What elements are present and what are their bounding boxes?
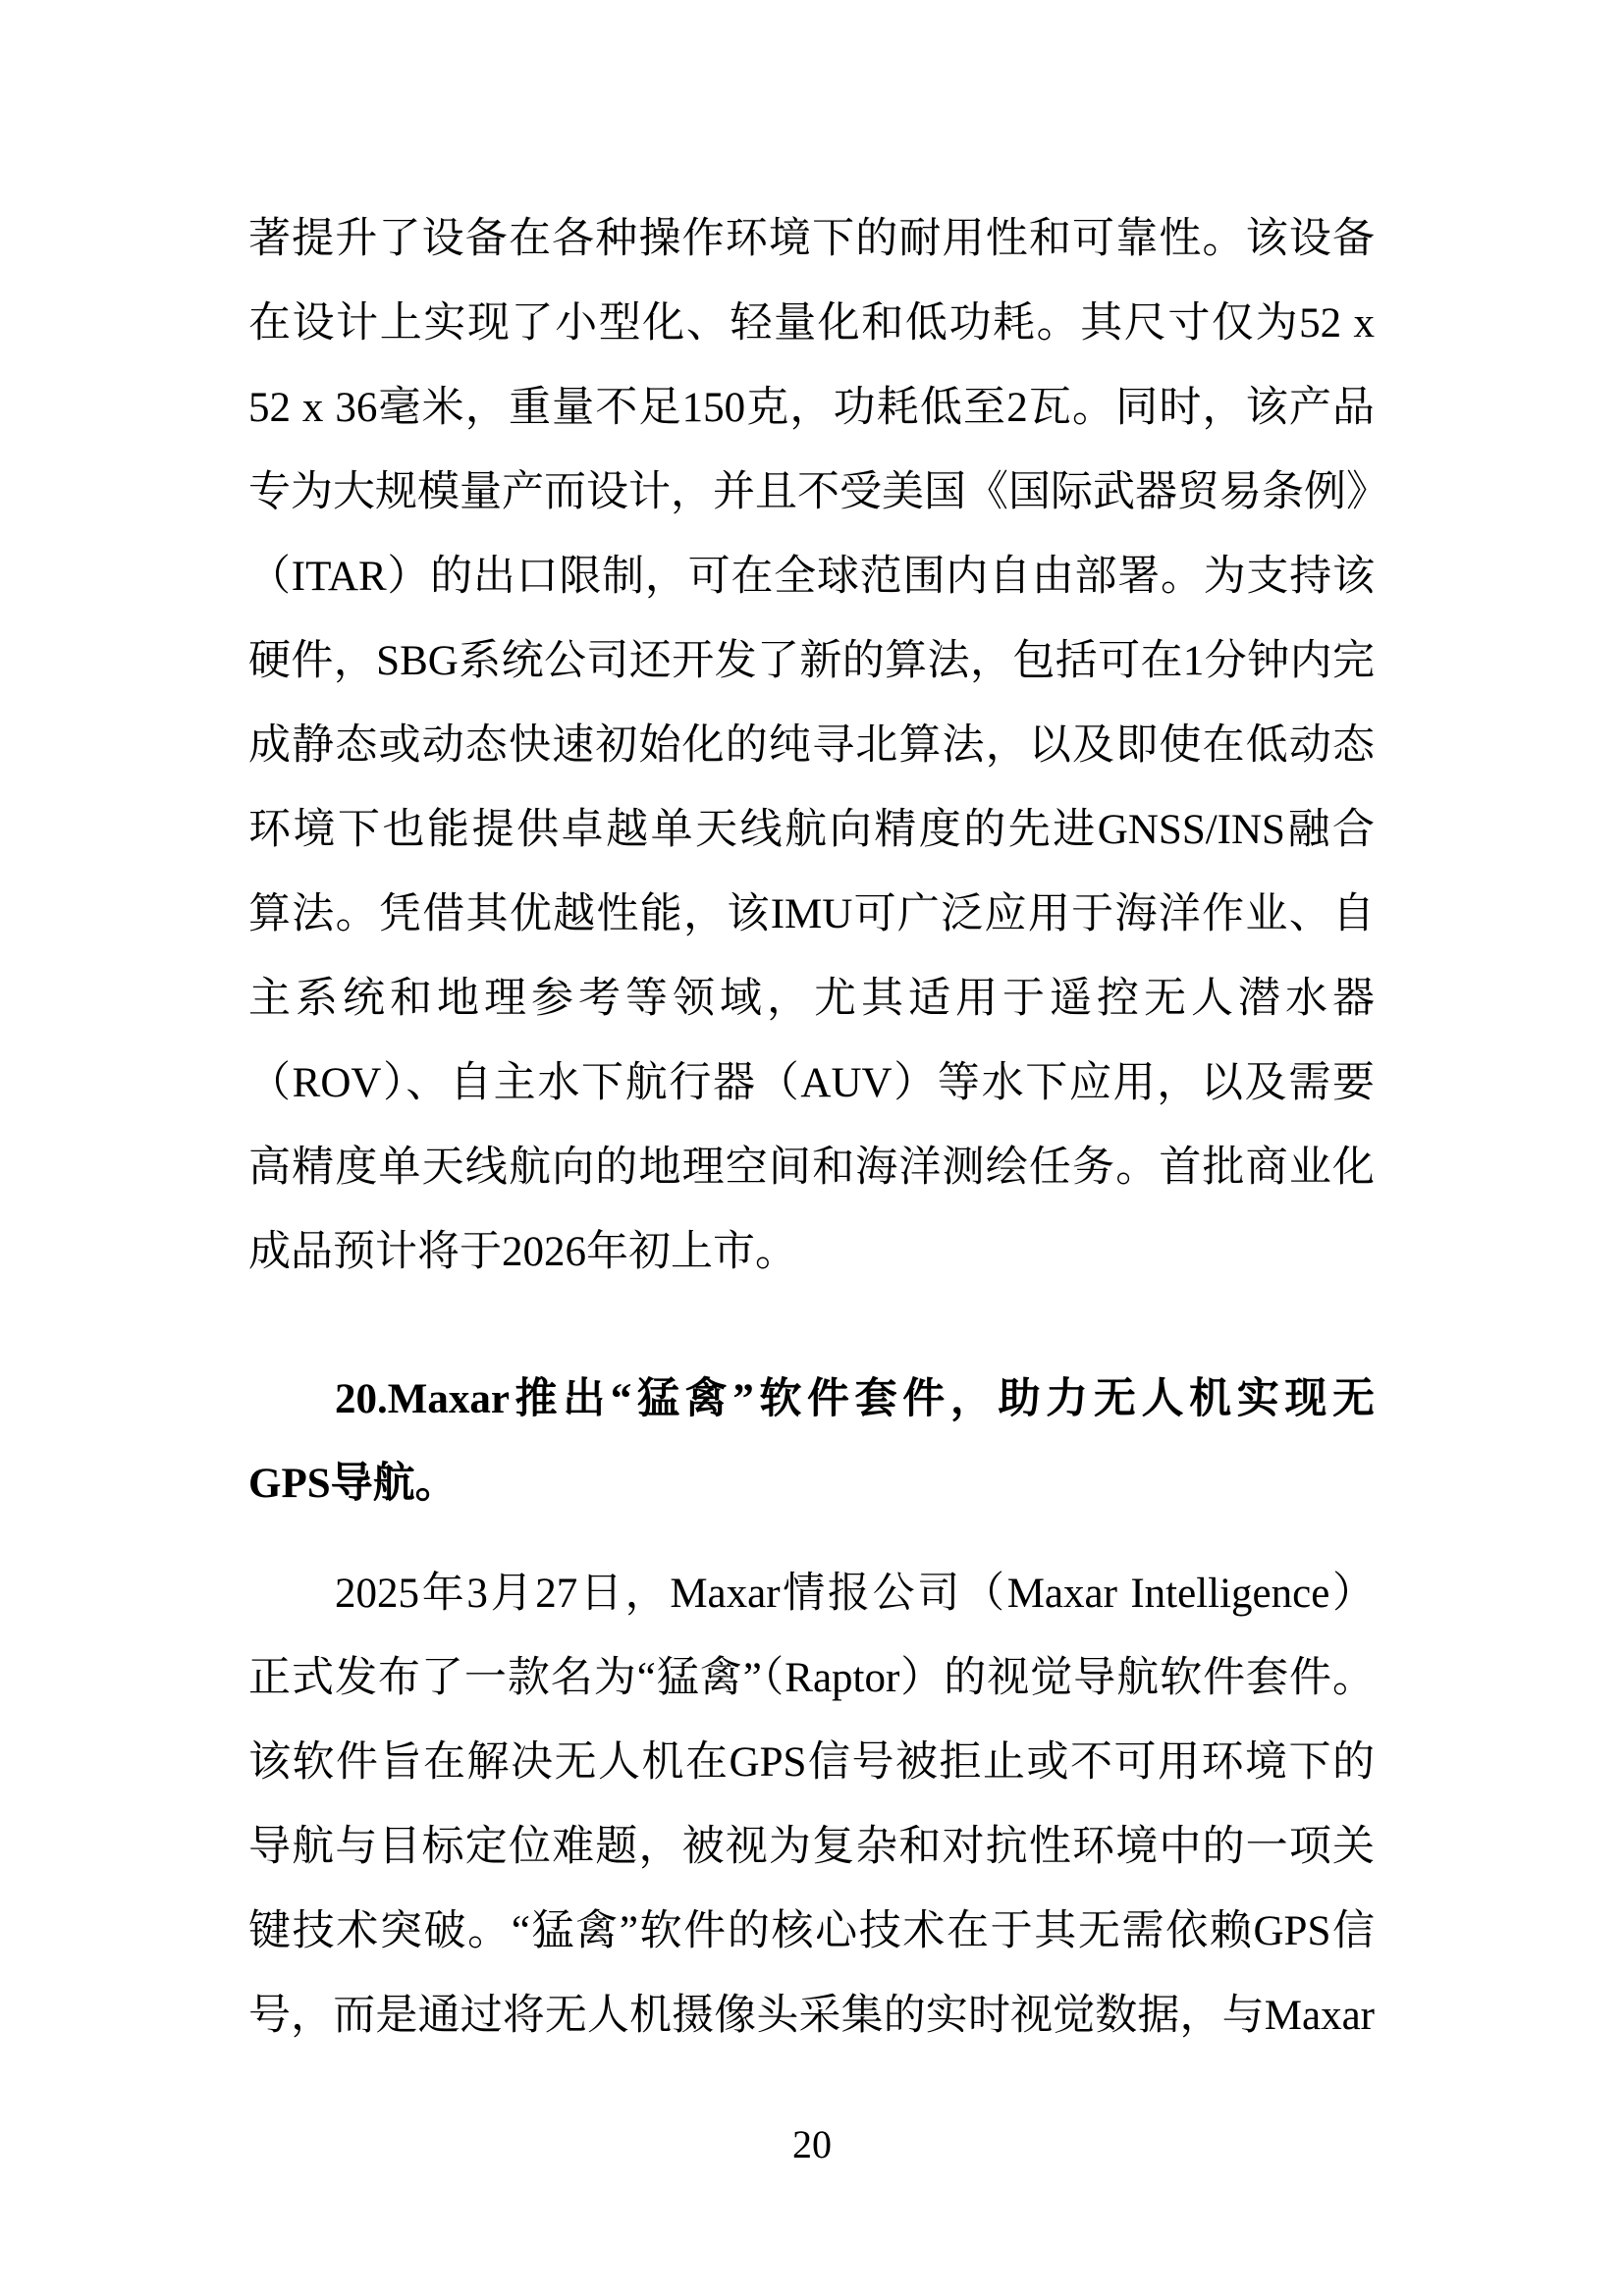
text-line: 成静态或动态快速初始化的纯寻北算法，以及即使在低动态 bbox=[248, 704, 1375, 788]
paragraph-raptor-release: 2025年3月27日，Maxar情报公司（Maxar Intelligence）… bbox=[248, 1552, 1375, 2058]
text-line: 号，而是通过将无人机摄像头采集的实时视觉数据，与Maxar bbox=[248, 1974, 1375, 2058]
section-heading-20-maxar-raptor: 20.Maxar推出“猛禽”软件套件，助力无人机实现无 GPS导航。 bbox=[248, 1358, 1375, 1526]
text-line: （ROV）、自主水下航行器（AUV）等水下应用，以及需要 bbox=[248, 1041, 1375, 1126]
document-page: 著提升了设备在各种操作环境下的耐用性和可靠性。该设备 在设计上实现了小型化、轻量… bbox=[0, 0, 1624, 2296]
text-line: 键技术突破。“猛禽”软件的核心技术在于其无需依赖GPS信 bbox=[248, 1890, 1375, 1974]
text-line: 成品预计将于2026年初上市。 bbox=[248, 1210, 1375, 1295]
text-line: 专为大规模量产而设计，并且不受美国《国际武器贸易条例》 bbox=[248, 451, 1375, 535]
text-line: 环境下也能提供卓越单天线航向精度的先进GNSS/INS融合 bbox=[248, 788, 1375, 873]
text-line: 主系统和地理参考等领域，尤其适用于遥控无人潜水器 bbox=[248, 957, 1375, 1041]
text-line: 正式发布了一款名为“猛禽”（Raptor）的视觉导航软件套件。 bbox=[248, 1636, 1375, 1721]
text-line: 硬件，SBG系统公司还开发了新的算法，包括可在1分钟内完 bbox=[248, 619, 1375, 704]
text-line: 52 x 36毫米，重量不足150克，功耗低至2瓦。同时，该产品 bbox=[248, 366, 1375, 451]
text-line: （ITAR）的出口限制，可在全球范围内自由部署。为支持该 bbox=[248, 535, 1375, 619]
text-line: 著提升了设备在各种操作环境下的耐用性和可靠性。该设备 bbox=[248, 197, 1375, 282]
heading-line: GPS导航。 bbox=[248, 1442, 1375, 1526]
text-line: 高精度单天线航向的地理空间和海洋测绘任务。首批商业化 bbox=[248, 1126, 1375, 1210]
heading-line: 20.Maxar推出“猛禽”软件套件，助力无人机实现无 bbox=[248, 1358, 1375, 1442]
page-content: 著提升了设备在各种操作环境下的耐用性和可靠性。该设备 在设计上实现了小型化、轻量… bbox=[248, 197, 1375, 2058]
text-line: 该软件旨在解决无人机在GPS信号被拒止或不可用环境下的 bbox=[248, 1721, 1375, 1805]
text-line: 2025年3月27日，Maxar情报公司（Maxar Intelligence） bbox=[248, 1552, 1375, 1636]
text-line: 在设计上实现了小型化、轻量化和低功耗。其尺寸仅为52 x bbox=[248, 282, 1375, 366]
text-line: 算法。凭借其优越性能，该IMU可广泛应用于海洋作业、自 bbox=[248, 873, 1375, 957]
paragraph-imu-continuation: 著提升了设备在各种操作环境下的耐用性和可靠性。该设备 在设计上实现了小型化、轻量… bbox=[248, 197, 1375, 1295]
page-number: 20 bbox=[0, 2121, 1624, 2168]
text-line: 导航与目标定位难题，被视为复杂和对抗性环境中的一项关 bbox=[248, 1805, 1375, 1890]
